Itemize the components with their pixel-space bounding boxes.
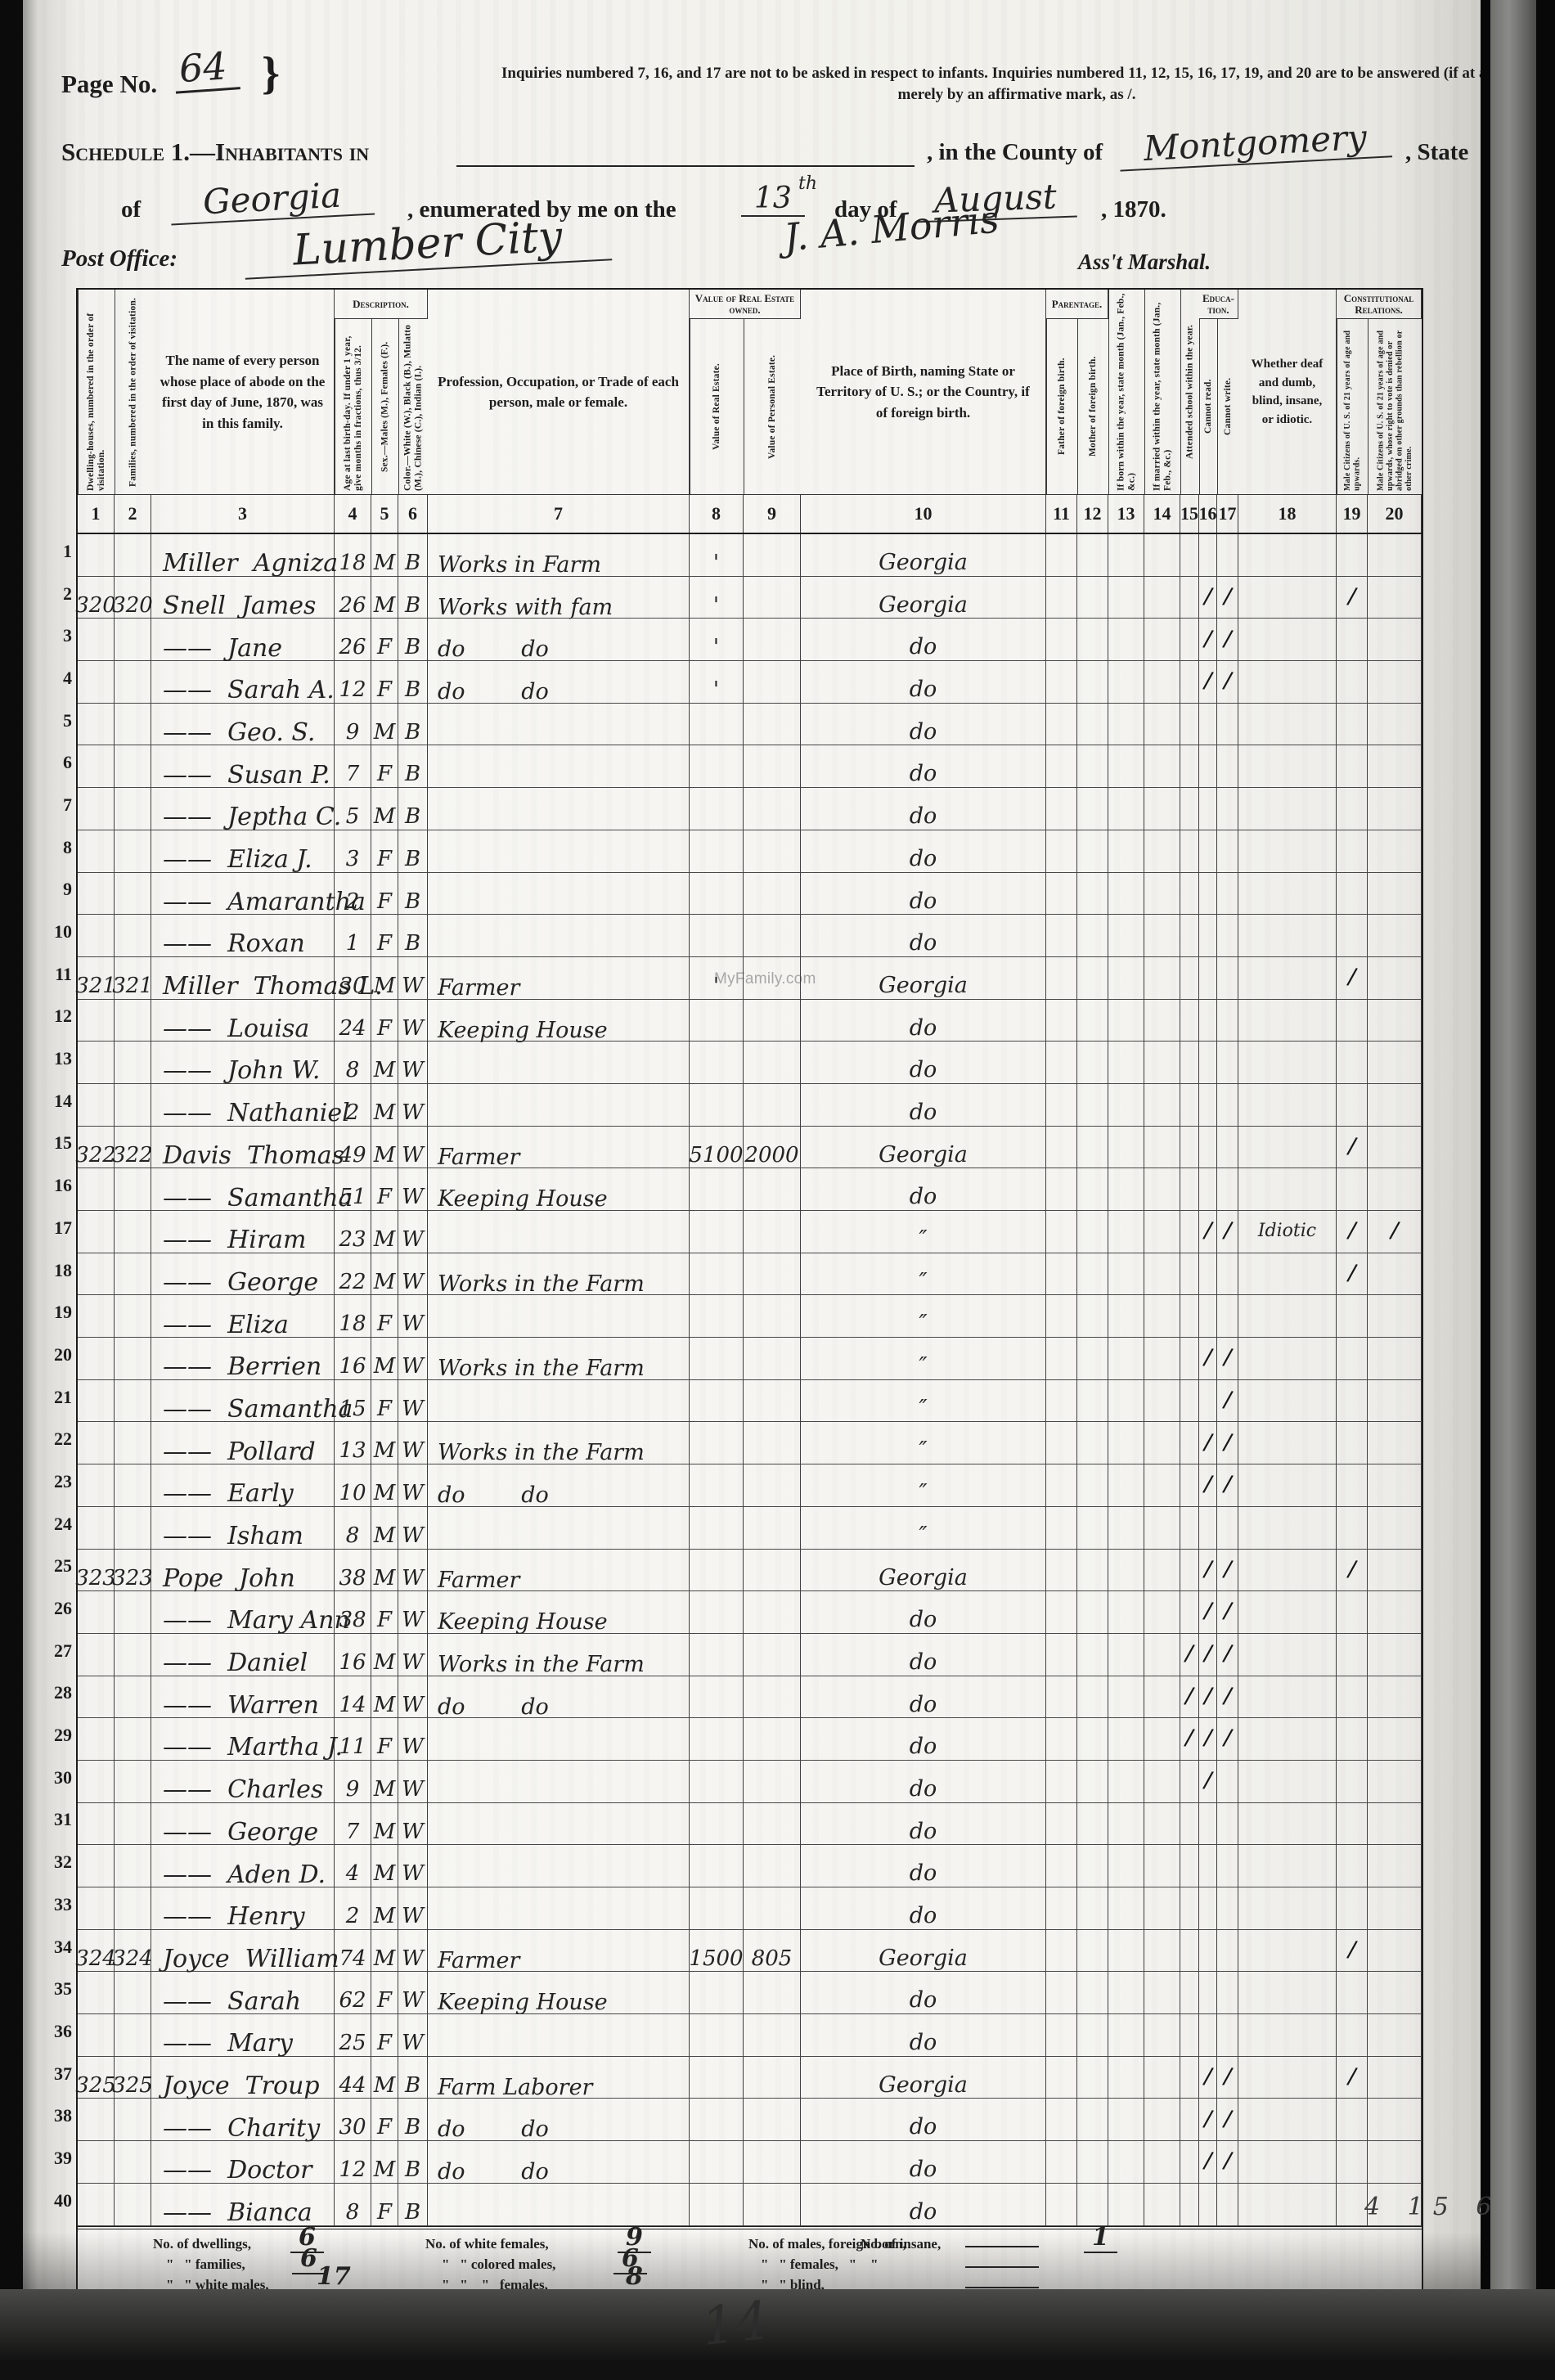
col-header-birthplace: Place of Birth, naming State or Territor… [801, 290, 1046, 494]
cell-col2 [115, 2141, 151, 2184]
cell-col7 [428, 1042, 690, 1084]
cell-col18 [1238, 661, 1337, 704]
cell-col11 [1046, 745, 1077, 788]
cell-col14 [1144, 661, 1180, 704]
col-header-personal-estate: Value of Personal Estate. [744, 319, 801, 494]
cell-col13 [1108, 704, 1144, 746]
cell-col13 [1108, 788, 1144, 830]
cell-col8 [690, 1803, 744, 1846]
tally-slash: / [1221, 1683, 1234, 1710]
row-number: 28 [43, 1672, 72, 1715]
cell-col15 [1180, 915, 1199, 957]
cell-col6: B [398, 577, 428, 619]
tally-slash: / [1221, 583, 1234, 610]
cell-col16 [1199, 745, 1217, 788]
cell-col15 [1180, 1464, 1199, 1507]
cell-col18 [1238, 1972, 1337, 2014]
cell-col17 [1217, 1972, 1238, 2014]
cell-col13 [1108, 1930, 1144, 1973]
cell-col14 [1144, 830, 1180, 873]
cell-col4: 22 [335, 1253, 371, 1296]
cell-col4: 74 [335, 1930, 371, 1973]
cell-col16 [1199, 2014, 1217, 2057]
cell-col1 [78, 1211, 115, 1253]
col-header-occupation: Profession, Occupation, or Trade of each… [428, 290, 690, 494]
cell-col6: W [398, 1803, 428, 1846]
cell-col20 [1368, 1761, 1422, 1803]
cell-col17: / [1217, 2141, 1238, 2184]
cell-col2 [115, 704, 151, 746]
table-row: —— Roxan1FBdo [78, 915, 1422, 957]
cell-col14 [1144, 1211, 1180, 1253]
cell-col14 [1144, 745, 1180, 788]
tally-slash: / [1184, 1640, 1196, 1667]
cell-col17 [1217, 745, 1238, 788]
cell-col11 [1046, 957, 1077, 1000]
cell-col4: 26 [335, 577, 371, 619]
row-number: 4 [43, 657, 72, 700]
cell-col18 [1238, 1845, 1337, 1887]
cell-col17: / [1217, 1676, 1238, 1719]
cell-col3: —— Samantha [151, 1380, 335, 1423]
cell-col20 [1368, 745, 1422, 788]
cell-col17 [1217, 1084, 1238, 1127]
cell-col17 [1217, 704, 1238, 746]
cell-col5: M [371, 1422, 398, 1464]
cell-col18 [1238, 2057, 1337, 2099]
cell-col3: —— Hiram [151, 1211, 335, 1253]
cell-col7 [428, 2184, 690, 2226]
bottom-handwritten-number: 14 [699, 2291, 771, 2358]
cell-col8 [690, 1507, 744, 1550]
col-header-cannot-read: Cannot read. [1199, 319, 1217, 494]
cell-col17 [1217, 2014, 1238, 2057]
cell-col16: / [1199, 2099, 1217, 2141]
cell-col20 [1368, 577, 1422, 619]
tally-slash: / [1202, 1599, 1214, 1626]
cell-col20 [1368, 2014, 1422, 2057]
cell-col11 [1046, 1591, 1077, 1634]
cell-col17 [1217, 534, 1238, 577]
column-number: 7 [428, 495, 690, 533]
cell-col8 [690, 1591, 744, 1634]
cell-col1 [78, 1253, 115, 1296]
cell-col1 [78, 2141, 115, 2184]
cell-col16 [1199, 1803, 1217, 1846]
cell-col20 [1368, 1634, 1422, 1676]
cell-col16 [1199, 788, 1217, 830]
table-row: —— Hiram23MW″//Idiotic// [78, 1211, 1422, 1253]
cell-col5: M [371, 1464, 398, 1507]
cell-col4: 1 [335, 915, 371, 957]
cell-col6: W [398, 1127, 428, 1169]
cell-col16 [1199, 1845, 1217, 1887]
cell-col2 [115, 661, 151, 704]
cell-col18 [1238, 1887, 1337, 1930]
cell-col3: —— Berrien [151, 1338, 335, 1380]
cell-col19 [1337, 1507, 1368, 1550]
cell-col13 [1108, 1972, 1144, 2014]
cell-col8 [690, 2014, 744, 2057]
cell-col11 [1046, 2057, 1077, 2099]
cell-col19 [1337, 1676, 1368, 1719]
cell-col16: / [1199, 2141, 1217, 2184]
cell-col19 [1337, 661, 1368, 704]
cell-col8: ' [690, 577, 744, 619]
cell-col12 [1077, 1507, 1108, 1550]
cell-col14 [1144, 1253, 1180, 1296]
cell-col10: do [801, 788, 1046, 830]
table-row: —— Charles9MWdo/ [78, 1761, 1422, 1803]
colored-males-label: " " colored males, [442, 2256, 555, 2273]
cell-col19 [1337, 2099, 1368, 2141]
cell-col9 [744, 619, 801, 661]
cell-col7 [428, 1887, 690, 1930]
cell-col15 [1180, 534, 1199, 577]
cell-col9 [744, 1718, 801, 1761]
cell-col19 [1337, 1422, 1368, 1464]
cell-col18 [1238, 1761, 1337, 1803]
cell-col3: Davis Thomas [151, 1127, 335, 1169]
census-table: Dwelling-houses, numbered in the order o… [76, 288, 1423, 2292]
cell-col9 [744, 1591, 801, 1634]
table-row: —— Jane26FBdo do'do// [78, 619, 1422, 661]
tally-slash: / [1388, 1218, 1400, 1245]
cell-col3: —— Bianca [151, 2184, 335, 2226]
table-row: —— Amarantha2FBdo [78, 873, 1422, 916]
cell-col2 [115, 745, 151, 788]
cell-col9 [744, 873, 801, 916]
table-row: —— Daniel16MWWorks in the Farmdo/// [78, 1634, 1422, 1676]
cell-col11 [1046, 1803, 1077, 1846]
cell-col15 [1180, 1803, 1199, 1846]
cell-col12 [1077, 830, 1108, 873]
table-row: Miller Agniza18MBWorks in Farm'Georgia [78, 534, 1422, 577]
cell-col8: 1500 [690, 1930, 744, 1973]
cell-col10: do [801, 1042, 1046, 1084]
cell-col19 [1337, 830, 1368, 873]
cell-col9 [744, 1550, 801, 1592]
cell-col6: W [398, 2014, 428, 2057]
tally-slash: / [1221, 2063, 1234, 2090]
table-row: —— George22MWWorks in the Farm″/ [78, 1253, 1422, 1296]
cell-col19 [1337, 1295, 1368, 1338]
cell-col15 [1180, 704, 1199, 746]
cell-col16 [1199, 957, 1217, 1000]
cell-col17 [1217, 873, 1238, 916]
cell-col14 [1144, 1634, 1180, 1676]
cell-col1: 321 [78, 957, 115, 1000]
cell-col4: 9 [335, 1761, 371, 1803]
cell-col4: 24 [335, 1000, 371, 1042]
cell-col20 [1368, 1803, 1422, 1846]
cell-col12 [1077, 1295, 1108, 1338]
cell-col6: W [398, 1930, 428, 1973]
cell-col6: W [398, 1591, 428, 1634]
cell-col7: Keeping House [428, 1168, 690, 1211]
cell-col16: / [1199, 2057, 1217, 2099]
cell-col15 [1180, 1295, 1199, 1338]
cell-col17 [1217, 788, 1238, 830]
cell-col15 [1180, 830, 1199, 873]
cell-col12 [1077, 2057, 1108, 2099]
cell-col10: Georgia [801, 577, 1046, 619]
cell-col10: do [801, 1168, 1046, 1211]
cell-col8 [690, 2057, 744, 2099]
cell-col14 [1144, 1845, 1180, 1887]
cell-col10: ″ [801, 1338, 1046, 1380]
cell-col4: 8 [335, 1042, 371, 1084]
cell-col15 [1180, 1084, 1199, 1127]
cell-col5: F [371, 1380, 398, 1423]
cell-col7 [428, 1211, 690, 1253]
cell-col16: / [1199, 1718, 1217, 1761]
cell-col7 [428, 1718, 690, 1761]
cell-col5: M [371, 1845, 398, 1887]
table-row: —— Mary25FWdo [78, 2014, 1422, 2057]
cell-col6: B [398, 619, 428, 661]
cell-col1 [78, 1634, 115, 1676]
cell-col8 [690, 1338, 744, 1380]
cell-col7: Works with fam [428, 577, 690, 619]
row-number: 10 [43, 911, 72, 953]
cell-col18 [1238, 1718, 1337, 1761]
cell-col8: ' [690, 534, 744, 577]
cell-col18 [1238, 1000, 1337, 1042]
cell-col15 [1180, 1000, 1199, 1042]
cell-col2 [115, 1845, 151, 1887]
cell-col11 [1046, 1464, 1077, 1507]
cell-col2 [115, 1295, 151, 1338]
table-row: 322322Davis Thomas49MWFarmer51002000Geor… [78, 1127, 1422, 1169]
tally-slash: / [1202, 1218, 1214, 1245]
cell-col7: do do [428, 2141, 690, 2184]
cell-col2 [115, 2184, 151, 2226]
cell-col4: 8 [335, 1507, 371, 1550]
cell-col10: do [801, 745, 1046, 788]
cell-col4: 7 [335, 1803, 371, 1846]
table-body: Miller Agniza18MBWorks in Farm'Georgia32… [78, 534, 1422, 2226]
cell-col18 [1238, 830, 1337, 873]
cell-col12 [1077, 661, 1108, 704]
males-foreign-blank [965, 2229, 1039, 2247]
cell-col20 [1368, 788, 1422, 830]
cell-col14 [1144, 1000, 1180, 1042]
cell-col5: F [371, 830, 398, 873]
cell-col16: / [1199, 1550, 1217, 1592]
cell-col18 [1238, 1084, 1337, 1127]
cell-col3: —— Doctor [151, 2141, 335, 2184]
row-number: 19 [43, 1291, 72, 1334]
cell-col13 [1108, 1887, 1144, 1930]
cell-col2 [115, 1000, 151, 1042]
cell-col11 [1046, 1422, 1077, 1464]
of-label: of [121, 196, 141, 223]
cell-col12 [1077, 873, 1108, 916]
cell-col20 [1368, 1676, 1422, 1719]
cell-col8 [690, 1168, 744, 1211]
cell-col16 [1199, 1084, 1217, 1127]
tally-slash: / [1346, 964, 1358, 991]
cell-col6: B [398, 745, 428, 788]
cell-col7: Keeping House [428, 1591, 690, 1634]
cell-col18 [1238, 1591, 1337, 1634]
cell-col1 [78, 1718, 115, 1761]
cell-col12 [1077, 1464, 1108, 1507]
cell-col18 [1238, 1507, 1337, 1550]
cell-col17 [1217, 1803, 1238, 1846]
page-no-brace: } [262, 47, 280, 100]
cell-col8 [690, 915, 744, 957]
cell-col6: W [398, 1761, 428, 1803]
cell-col7 [428, 1380, 690, 1423]
cell-col11 [1046, 1761, 1077, 1803]
column-number: 2 [115, 495, 151, 533]
cell-col10: do [801, 1887, 1046, 1930]
cell-col15 [1180, 2014, 1199, 2057]
cell-col18 [1238, 957, 1337, 1000]
cell-col1: 324 [78, 1930, 115, 1973]
cell-col2 [115, 873, 151, 916]
tally-slash: / [1221, 1599, 1234, 1626]
cell-col19 [1337, 1338, 1368, 1380]
cell-col15 [1180, 1211, 1199, 1253]
row-number: 17 [43, 1207, 72, 1249]
tally-slash: / [1202, 1472, 1214, 1499]
cell-col3: —— Roxan [151, 915, 335, 957]
cell-col20 [1368, 1084, 1422, 1127]
cell-col10: do [801, 619, 1046, 661]
group-constitutional-label: Constitutional Relations. [1337, 290, 1422, 319]
cell-col3: Joyce William [151, 1930, 335, 1973]
column-number: 12 [1077, 495, 1108, 533]
cell-col6: W [398, 1972, 428, 2014]
table-row: —— Henry2MWdo [78, 1887, 1422, 1930]
cell-col5: M [371, 534, 398, 577]
cell-col7: Farmer [428, 1550, 690, 1592]
row-number: 40 [43, 2180, 72, 2222]
cell-col20 [1368, 1718, 1422, 1761]
cell-col4: 10 [335, 1464, 371, 1507]
cell-col9 [744, 661, 801, 704]
row-number: 22 [43, 1418, 72, 1460]
cell-col6: B [398, 2141, 428, 2184]
cell-col13 [1108, 957, 1144, 1000]
row-number: 31 [43, 1799, 72, 1842]
cell-col11 [1046, 661, 1077, 704]
cell-col9 [744, 1000, 801, 1042]
tally-slash: / [1346, 583, 1358, 610]
cell-col4: 12 [335, 661, 371, 704]
cell-col17: / [1217, 1634, 1238, 1676]
cell-col8 [690, 1845, 744, 1887]
cell-col1 [78, 534, 115, 577]
cell-col1 [78, 1168, 115, 1211]
cell-col8: ' [690, 661, 744, 704]
cell-col6: W [398, 1211, 428, 1253]
cell-col18 [1238, 1422, 1337, 1464]
cell-col2 [115, 1634, 151, 1676]
cell-col5: F [371, 661, 398, 704]
tally-slash: / [1202, 626, 1214, 653]
tally-slash: / [1202, 1768, 1214, 1795]
tally-slash: / [1202, 1725, 1214, 1752]
cell-col5: F [371, 1972, 398, 2014]
tally-slash: / [1221, 1472, 1234, 1499]
cell-col12 [1077, 2014, 1108, 2057]
cell-col12 [1077, 915, 1108, 957]
cell-col10: ″ [801, 1295, 1046, 1338]
cell-col4: 15 [335, 1380, 371, 1423]
cell-col6: W [398, 1168, 428, 1211]
cell-col20 [1368, 619, 1422, 661]
cell-col17 [1217, 957, 1238, 1000]
cell-col15 [1180, 2057, 1199, 2099]
table-row: 323323Pope John38MWFarmerGeorgia/// [78, 1550, 1422, 1592]
cell-col1 [78, 1845, 115, 1887]
cell-col8 [690, 1761, 744, 1803]
cell-col8 [690, 2184, 744, 2226]
tally-slash: / [1202, 2106, 1214, 2133]
cell-col12 [1077, 2184, 1108, 2226]
cell-col5: F [371, 873, 398, 916]
cell-col9: 2000 [744, 1127, 801, 1169]
cell-col2 [115, 1168, 151, 1211]
col-header-sex: Sex.—Males (M.), Females (F.). [371, 319, 398, 494]
cell-col1 [78, 1887, 115, 1930]
tally-slash: / [1202, 1556, 1214, 1583]
schedule-title: Schedule 1.—Inhabitants in [61, 137, 369, 167]
cell-col3: —— Warren [151, 1676, 335, 1719]
row-number: 7 [43, 784, 72, 826]
tally-slash: / [1346, 1133, 1358, 1160]
cell-col2 [115, 1887, 151, 1930]
tally-slash: / [1221, 1725, 1234, 1752]
cell-col7 [428, 745, 690, 788]
cell-col9 [744, 957, 801, 1000]
cell-col17 [1217, 1845, 1238, 1887]
cell-col7 [428, 1803, 690, 1846]
cell-col19: / [1337, 1127, 1368, 1169]
cell-col19 [1337, 1634, 1368, 1676]
cell-col14 [1144, 1168, 1180, 1211]
cell-col5: F [371, 2014, 398, 2057]
cell-col19 [1337, 788, 1368, 830]
cell-col1 [78, 1803, 115, 1846]
cell-col11 [1046, 1634, 1077, 1676]
cell-col9 [744, 534, 801, 577]
cell-col18 [1238, 1550, 1337, 1592]
page-no-value: 64 [173, 43, 240, 93]
cell-col19 [1337, 1000, 1368, 1042]
cell-col2 [115, 1676, 151, 1719]
cell-col20 [1368, 1550, 1422, 1592]
cell-col6: W [398, 1000, 428, 1042]
cell-col10: do [801, 873, 1046, 916]
cell-col2 [115, 534, 151, 577]
cell-col12 [1077, 2099, 1108, 2141]
col-header-real-estate: Value of Real Estate. [690, 319, 744, 494]
cell-col17: / [1217, 1211, 1238, 1253]
cell-col17 [1217, 1761, 1238, 1803]
cell-col19 [1337, 873, 1368, 916]
tally-slash: / [1346, 1937, 1358, 1964]
cell-col10: Georgia [801, 1127, 1046, 1169]
cell-col11 [1046, 915, 1077, 957]
cell-col19 [1337, 1380, 1368, 1423]
table-row: —— Berrien16MWWorks in the Farm″// [78, 1338, 1422, 1380]
cell-col17: / [1217, 1550, 1238, 1592]
